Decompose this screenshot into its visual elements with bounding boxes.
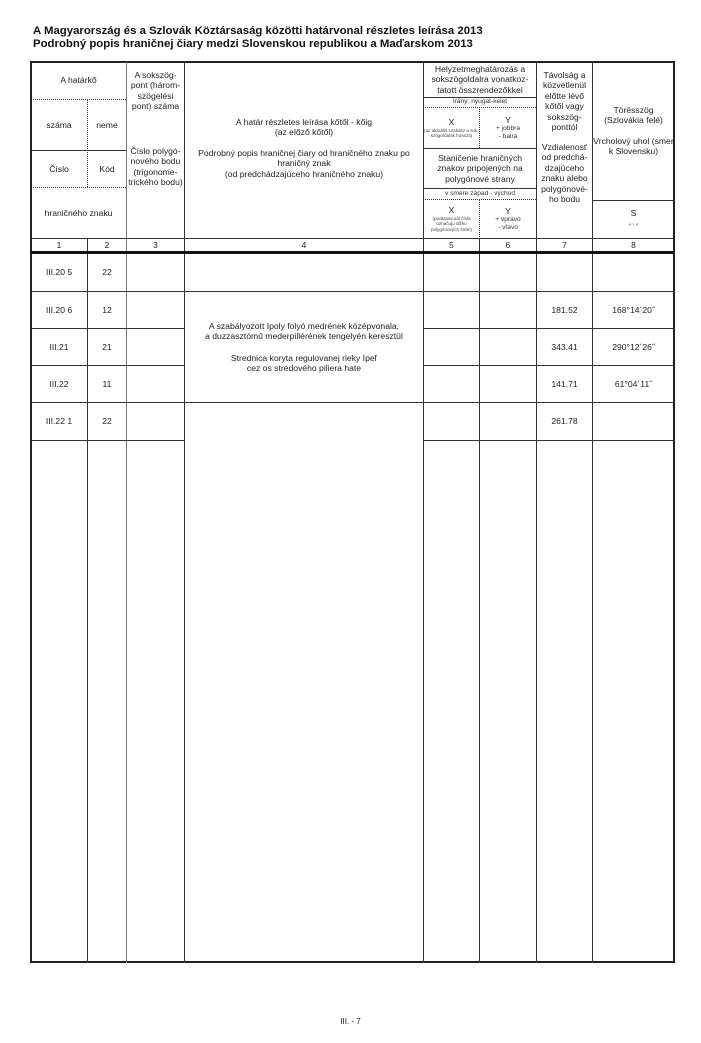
header-distance-sk: Vzdialenosť od predchá-dzajúceho znaku a… — [537, 142, 592, 236]
header-angle-unit-symbols: ° ′ ″ — [629, 223, 639, 231]
stone-code-cell: 21 — [88, 329, 126, 366]
header-description-sk-line1: Podrobný popis hraničnej čiary od hranič… — [198, 148, 410, 158]
polygon-point-cell — [127, 403, 184, 440]
y-coordinate-cell — [480, 254, 536, 291]
stone-code-cell: 11 — [88, 366, 126, 403]
angle-cell: 290°12´26˝ — [593, 329, 674, 366]
x-coordinate-cell — [424, 366, 479, 403]
stone-number-cell: III.22 1 — [31, 403, 87, 440]
description-hu-line2: a duzzasztómű mederpillérének tengelyén … — [205, 331, 403, 341]
grid-line — [592, 62, 593, 963]
header-y-sk: Y + vpravo - vľavo — [480, 200, 536, 238]
header-y-hu-note2: - balra — [499, 133, 518, 141]
stone-code-cell: 12 — [88, 292, 126, 329]
boundary-description: A szabályozott Ipoly folyó medrének közé… — [185, 292, 423, 402]
header-polygon-point-sk: Číslo polygó-nového bodu (trigonome-tric… — [127, 146, 184, 236]
angle-cell — [593, 254, 674, 291]
document-title-slovak: Podrobný popis hraničnej čiary medzi Slo… — [33, 38, 473, 50]
header-x-sk-label: X — [449, 205, 455, 215]
y-coordinate-cell — [480, 403, 536, 440]
header-direction-hu: Irány: nyugat-kelet — [424, 98, 536, 107]
distance-cell: 261.78 — [537, 403, 592, 440]
polygon-point-cell — [127, 292, 184, 329]
y-coordinate-cell — [480, 292, 536, 329]
header-y-hu-label: Y — [505, 115, 511, 125]
column-number: 1 — [31, 239, 87, 251]
x-coordinate-cell — [424, 403, 479, 440]
header-distance-hu: Távolság a közvetlenül előtte lévő kőtől… — [537, 70, 592, 136]
header-x-hu-note: (az aktuális szakasz a sok-szögoldalak h… — [424, 128, 479, 139]
column-number: 7 — [537, 239, 592, 251]
distance-cell: 343.41 — [537, 329, 592, 366]
header-angle-unit: S ° ′ ″ — [593, 201, 674, 238]
polygon-point-cell — [127, 329, 184, 366]
column-number: 6 — [480, 239, 536, 251]
header-stone-number-hu: száma — [31, 100, 87, 150]
document-title-hungarian: A Magyarország és a Szlovák Köztársaság … — [33, 25, 483, 37]
header-stone-group-sk: hraničného znaku — [31, 188, 126, 238]
header-x-sk: X (podstanicuál čísla označuju dĺžku pol… — [424, 200, 479, 238]
distance-cell: 181.52 — [537, 292, 592, 329]
header-description-hu-line2: (az előző kőtől) — [275, 127, 333, 137]
header-angle-hu: Törésszög (Szlovákia felé) — [593, 100, 674, 130]
header-y-hu: Y + jobbra - balra — [480, 108, 536, 148]
angle-cell: 61°04´11˝ — [593, 366, 674, 403]
distance-cell — [537, 254, 592, 291]
column-number: 5 — [424, 239, 479, 251]
page-number: III. - 7 — [0, 1017, 701, 1026]
column-number: 3 — [127, 239, 184, 251]
x-coordinate-cell — [424, 329, 479, 366]
polygon-point-cell — [127, 366, 184, 403]
header-coordinates-group-hu: Helyzetmeghatározás a sokszögoldalra von… — [424, 62, 536, 97]
row-line — [31, 440, 184, 441]
header-angle-unit-label: S — [631, 208, 637, 218]
grid-line — [184, 62, 185, 963]
header-stone-group-hu: A határkő — [31, 62, 126, 99]
header-polygon-point-hu: A sokszög-pont (három-szögelési pont) sz… — [127, 70, 184, 146]
header-stone-number-sk: Číslo — [31, 151, 87, 187]
header-stone-type-hu: neme — [88, 100, 126, 150]
header-y-hu-note1: + jobbra — [496, 125, 520, 133]
header-y-sk-note1: + vpravo — [495, 216, 520, 224]
header-x-hu-label: X — [449, 117, 455, 127]
stone-number-cell: III.22 — [31, 366, 87, 403]
column-number: 8 — [593, 239, 674, 251]
header-direction-sk: v smere západ - východ — [424, 189, 536, 199]
stone-number-cell: III.20 5 — [31, 254, 87, 291]
header-coordinates-group-sk: Staničenie hraničných znakov pripojených… — [424, 149, 536, 188]
header-description-hu-line1: A határ részletes leírása kőtől - kőig — [236, 117, 372, 127]
description-sk-line1: Strednica koryta regulovanej rieky Ipeľ — [231, 353, 377, 363]
header-description-sk-line3: (od predchádzajúceho hraničného znaku) — [225, 169, 383, 179]
column-number: 4 — [185, 239, 423, 251]
description-sk-line2: cez os stredového piliera hate — [247, 363, 361, 373]
stone-code-cell: 22 — [88, 254, 126, 291]
x-coordinate-cell — [424, 254, 479, 291]
header-x-sk-note: (podstanicuál čísla označuju dĺžku polyg… — [424, 216, 479, 233]
header-y-sk-label: Y — [505, 206, 511, 216]
stone-code-cell: 22 — [88, 403, 126, 440]
y-coordinate-cell — [480, 366, 536, 403]
header-description: A határ részletes leírása kőtől - kőig (… — [185, 117, 423, 189]
header-angle-sk: Vrcholový uhol (smer k Slovensku) — [593, 136, 674, 172]
header-description-sk-line2: hraničný znak — [277, 158, 330, 168]
angle-cell: 168°14´20˝ — [593, 292, 674, 329]
stone-number-cell: III.20 6 — [31, 292, 87, 329]
column-number: 2 — [88, 239, 126, 251]
stone-number-cell: III.21 — [31, 329, 87, 366]
distance-cell: 141.71 — [537, 366, 592, 403]
header-y-sk-note2: - vľavo — [498, 224, 518, 232]
x-coordinate-cell — [424, 292, 479, 329]
header-x-hu: X (az aktuális szakasz a sok-szögoldalak… — [424, 108, 479, 148]
row-line — [423, 440, 674, 441]
polygon-point-cell — [127, 254, 184, 291]
y-coordinate-cell — [480, 329, 536, 366]
angle-cell — [593, 403, 674, 440]
header-stone-type-sk: Kód — [88, 151, 126, 187]
description-hu-line1: A szabályozott Ipoly folyó medrének közé… — [209, 321, 399, 331]
